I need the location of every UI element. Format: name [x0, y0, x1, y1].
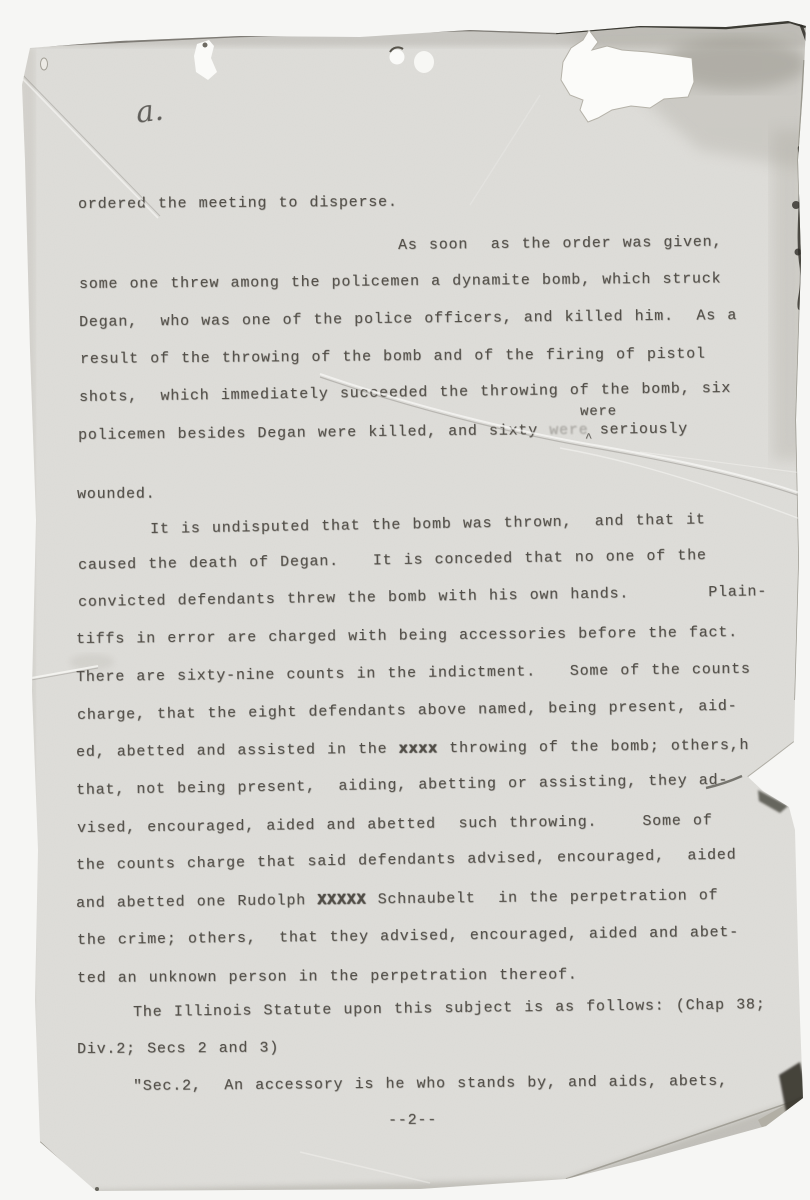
typed-line: There are sixty-nine counts in the indic… [76, 661, 751, 686]
typed-line: ed, abetted and assisted in the xxxx thr… [76, 737, 749, 761]
page-number: --2-- [388, 1112, 437, 1129]
typed-line: convicted defendants threw the bomb with… [78, 583, 767, 611]
typed-text-layer: a. ordered the meeting to disperse. As s… [0, 0, 810, 1200]
typed-line: caused the death of Degan. It is concede… [78, 547, 707, 574]
typed-line: vised, encouraged, aided and abetted suc… [77, 812, 713, 837]
typed-line: ted an unknown person in the perpetratio… [77, 967, 578, 987]
line-segment: seriously [588, 421, 688, 439]
typed-line: policemen besides Degan were killed, and… [78, 421, 688, 444]
typed-line: that, not being present, aiding, abettin… [76, 772, 728, 799]
typed-line: and abetted one Rudolph XXXXX Schnaubelt… [76, 887, 718, 912]
typed-line: wounded. [77, 486, 156, 503]
typed-line: ordered the meeting to disperse. [78, 194, 398, 213]
typed-line: "Sec.2, An accessory is he who stands by… [133, 1073, 728, 1095]
line-segment: ed, abetted and assisted in the [76, 741, 399, 761]
typed-line: Degan, who was one of the police officer… [79, 307, 737, 331]
struck-out-text: xxxx [399, 740, 438, 757]
typed-line: some one threw among the policemen a dyn… [79, 270, 721, 293]
scanned-document-page: a. ordered the meeting to disperse. As s… [0, 0, 810, 1200]
handwritten-mark: a. [134, 92, 165, 130]
typed-line: charge, that the eight defendants above … [77, 698, 738, 724]
typed-line: tiffs in error are charged with being ac… [76, 624, 738, 648]
typed-line: As soon as the order was given, [398, 234, 722, 254]
typed-line: shots, which immediately succeeded the t… [79, 380, 731, 406]
typed-line: the crime; others, that they advised, en… [77, 924, 739, 949]
line-segment: Schnaubelt in the perpetration of [366, 887, 718, 908]
typed-line: It is undisputed that the bomb was throw… [150, 511, 706, 538]
typed-line: The Illinois Statute upon this subject i… [133, 996, 766, 1021]
line-segment: throwing of the bomb; others,h [438, 737, 750, 757]
struck-out-text: XXXXX [317, 891, 366, 909]
faded-word: were [549, 422, 588, 439]
line-segment: policemen besides Degan were killed, and… [78, 422, 549, 444]
line-segment: and abetted one Rudolph [76, 892, 317, 912]
inserted-word: were [580, 404, 617, 420]
typed-line: the counts charge that said defendants a… [76, 847, 737, 874]
typed-line: result of the throwing of the bomb and o… [80, 346, 706, 368]
typed-line: Div.2; Secs 2 and 3) [77, 1040, 279, 1058]
